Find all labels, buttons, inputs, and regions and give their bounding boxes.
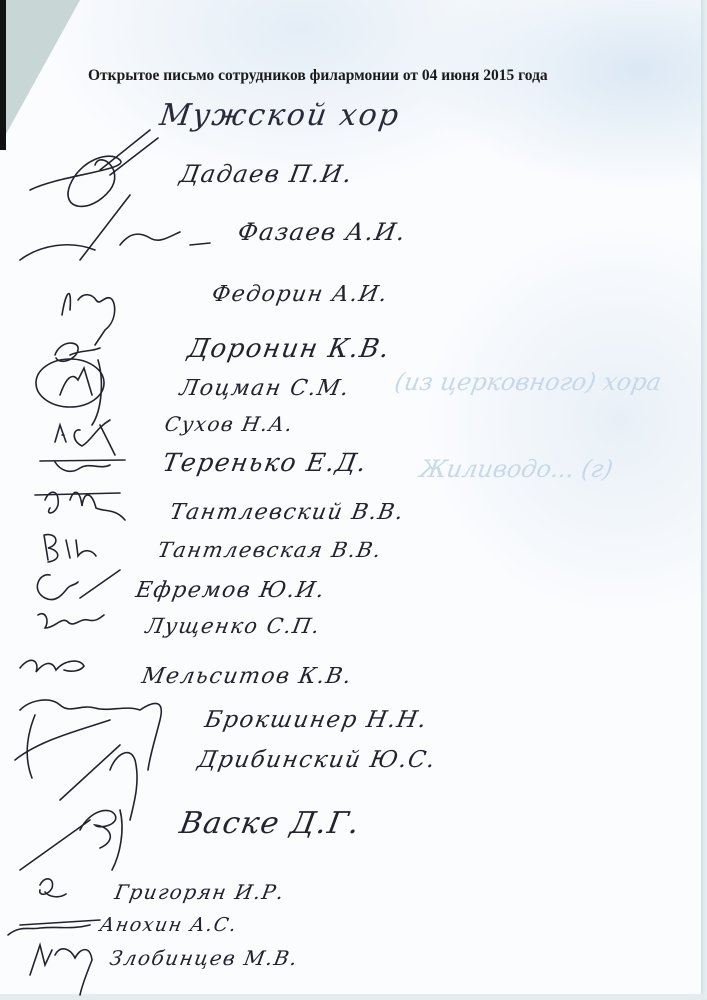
signatory-name: Лущенко С.П. — [144, 614, 323, 638]
page-edge-right — [701, 0, 707, 1000]
section-heading: Мужской хор — [158, 98, 403, 133]
signatory-name: Тантлевская В.В. — [156, 538, 384, 562]
signatory-name: Теренько Е.Д. — [160, 448, 369, 477]
signatory-name: Лоцман С.М. — [178, 376, 352, 401]
signatory-name: Сухов Н.А. — [163, 412, 296, 436]
bleed-through-text: (из церковного) хора — [393, 368, 664, 396]
scanned-page: (из церковного) хора Жиливодо... (г) Отк… — [0, 0, 707, 1000]
fold-shadow — [0, 0, 90, 150]
page-edge-bottom — [0, 994, 707, 1000]
signatory-name: Васке Д.Г. — [177, 806, 363, 841]
signatory-name: Тантлевский В.В. — [168, 500, 407, 525]
signatory-name: Злобинцев М.В. — [108, 946, 300, 970]
signatory-name: Дрибинский Ю.С. — [196, 747, 439, 773]
signatory-name: Григорян И.Р. — [113, 880, 287, 904]
signatory-name: Фазаев А.И. — [236, 218, 409, 246]
signatory-name: Федорин А.И. — [210, 282, 390, 307]
signatory-name: Дадаев П.И. — [178, 160, 356, 188]
document-title: Открытое письмо сотрудников филармонии о… — [88, 67, 648, 85]
signatory-name: Мельситов К.В. — [140, 664, 355, 689]
signatory-name: Ефремов Ю.И. — [134, 578, 328, 603]
bleed-through-text: Жиливодо... (г) — [418, 455, 616, 483]
scan-edge — [0, 0, 6, 150]
signatory-name: Доронин К.В. — [185, 334, 392, 364]
signatory-name: Брокшинер Н.Н. — [203, 707, 430, 733]
signatory-name: Анохин А.С. — [98, 914, 239, 936]
